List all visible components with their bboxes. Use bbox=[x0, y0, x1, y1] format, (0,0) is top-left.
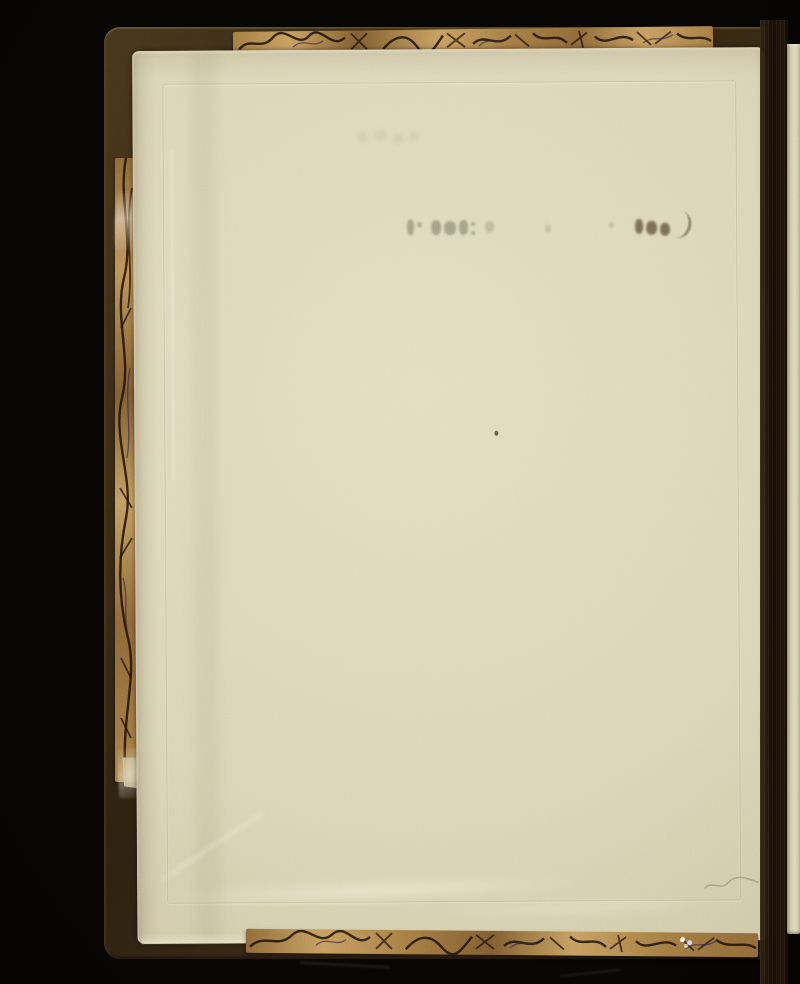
endpaper-page bbox=[132, 47, 769, 944]
pencil-squiggle bbox=[702, 868, 762, 894]
dust-fiber bbox=[560, 969, 620, 977]
fly-speck bbox=[494, 431, 498, 436]
turn-in-ridge bbox=[162, 80, 741, 903]
hinge-shadow bbox=[190, 50, 221, 943]
tape-sparkle bbox=[677, 934, 695, 948]
ink-offset-mark bbox=[459, 220, 468, 235]
photo-background bbox=[0, 0, 800, 984]
ink-offset-mark bbox=[609, 222, 614, 228]
ink-offset-mark bbox=[444, 221, 456, 235]
ink-offset-mark bbox=[417, 222, 422, 227]
faint-ink-smudge bbox=[352, 126, 422, 148]
next-leaf-fore-edge bbox=[787, 44, 800, 934]
ink-offset-mark bbox=[485, 221, 494, 233]
dust-fiber bbox=[300, 962, 390, 969]
ink-offset-mark bbox=[635, 219, 643, 234]
ghost-stamp-marks bbox=[401, 210, 701, 248]
ink-offset-mark-paren bbox=[675, 210, 694, 240]
ink-offset-mark bbox=[471, 222, 475, 226]
ink-offset-mark bbox=[646, 221, 657, 235]
ink-offset-mark bbox=[471, 231, 475, 235]
ink-offset-mark bbox=[407, 219, 414, 235]
ink-offset-mark bbox=[431, 220, 441, 235]
ink-offset-mark bbox=[545, 224, 551, 232]
ink-offset-mark bbox=[660, 223, 670, 236]
gutter-shadow bbox=[760, 20, 788, 984]
